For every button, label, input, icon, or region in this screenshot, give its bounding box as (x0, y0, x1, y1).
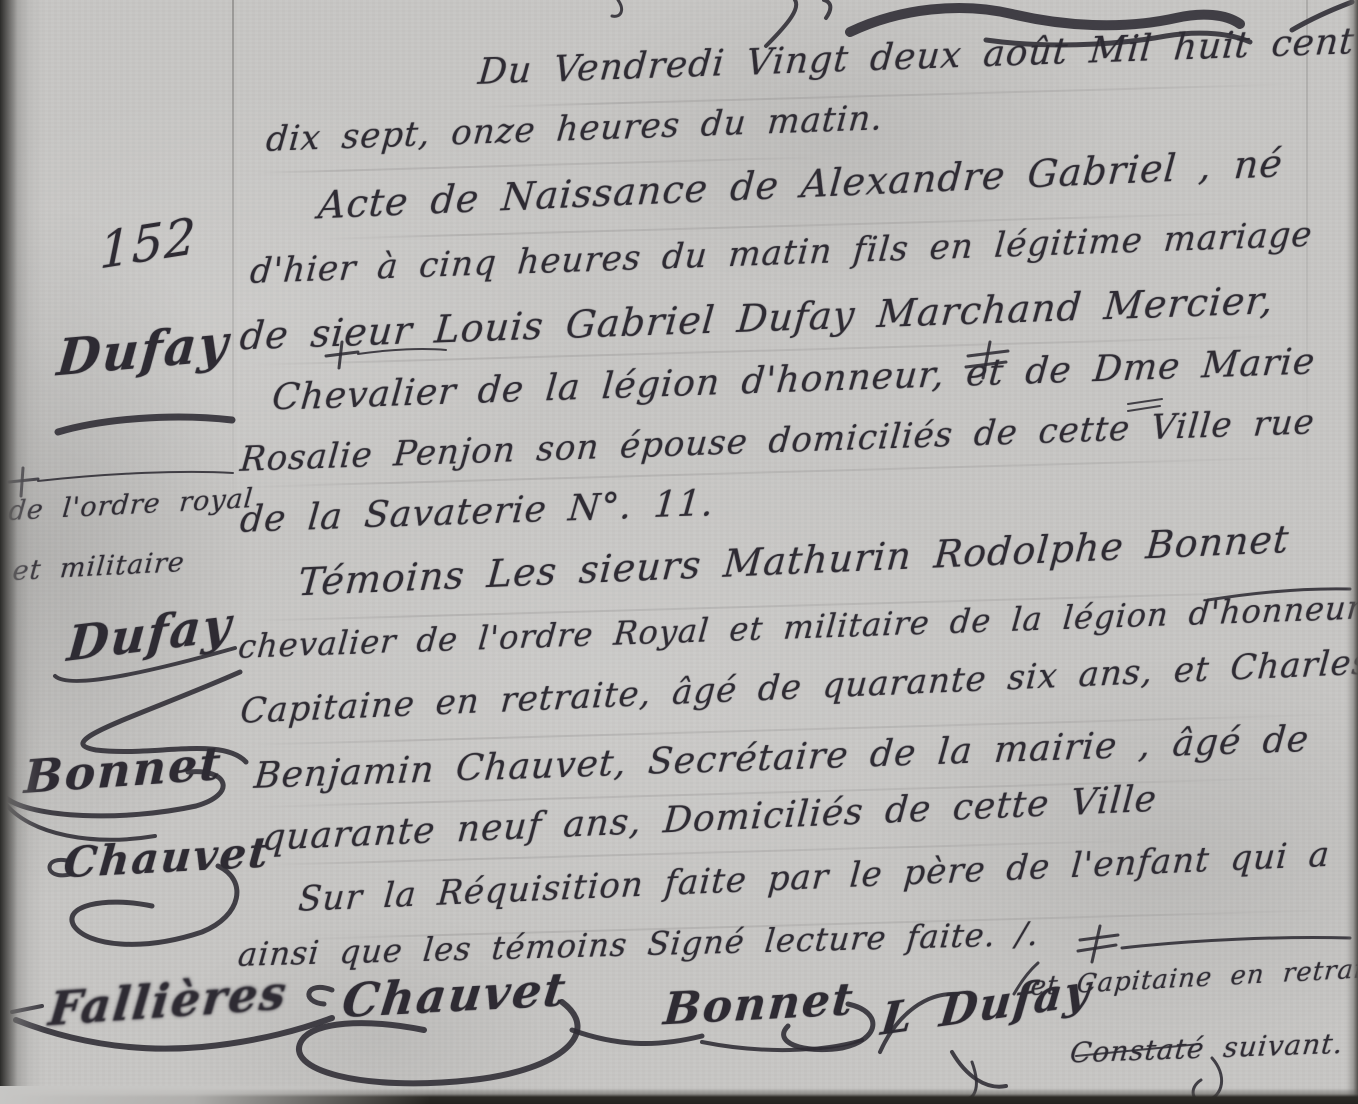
bottom-signature-bonnet: Bonnet (662, 974, 857, 1035)
book-binding-edge (0, 0, 44, 1104)
body-line-5: de sieur Louis Gabriel Dufay Marchand Me… (238, 278, 1275, 358)
margin-signature-bonnet: Bonnet (23, 736, 223, 804)
scanned-register-page: 152 Dufay de l'ordre royal et militaire … (0, 0, 1358, 1104)
bottom-chauvet-flourish (309, 987, 332, 1004)
bottom-dufay-flourish (952, 1052, 1006, 1087)
body-line-8: de la Savaterie N°. 11. (238, 483, 715, 541)
bottom-annotation-line1: et Capitaine en retraite (1029, 953, 1358, 1002)
line15-trailing-dash (1122, 937, 1350, 948)
page-right-edge (1346, 0, 1358, 1104)
margin-name-underline-flourish (58, 417, 232, 432)
margin-signature-dufay: Dufay (65, 596, 235, 673)
bottom-signature-chauvet: Chauvet (339, 962, 570, 1028)
dme-double-underline (1128, 399, 1162, 404)
top-pen-stroke (766, 0, 796, 46)
body-line-1: Du Vendredi Vingt deux août Mil huit cen… (476, 21, 1356, 93)
top-pen-stroke (612, 0, 622, 16)
margin-insertion-tail-line (38, 472, 233, 481)
margin-crease-line (232, 0, 234, 530)
margin-signature-chauvet: Chauvet (62, 827, 272, 887)
record-number: 152 (99, 207, 197, 281)
bottom-bonnet-flourish (702, 1040, 862, 1050)
margin-signature-fallieres: Fallières (46, 965, 290, 1036)
margin-note-line1: de l'ordre royal (7, 483, 254, 527)
margin-party-name: Dufay (55, 313, 232, 388)
top-pen-stroke (824, 0, 830, 18)
insertion-double-cross-line15 (1092, 926, 1100, 962)
page-bottom-edge-fade (0, 1086, 430, 1104)
insertion-double-cross-line15 (1078, 945, 1116, 951)
body-line-15: ainsi que les témoins Signé lecture fait… (236, 915, 1041, 974)
body-line-2: dix sept, onze heures du matin. (264, 98, 884, 160)
insertion-double-cross-line15 (1080, 935, 1118, 940)
bottom-annotation-line2: Constaté suivant. (1069, 1026, 1346, 1069)
